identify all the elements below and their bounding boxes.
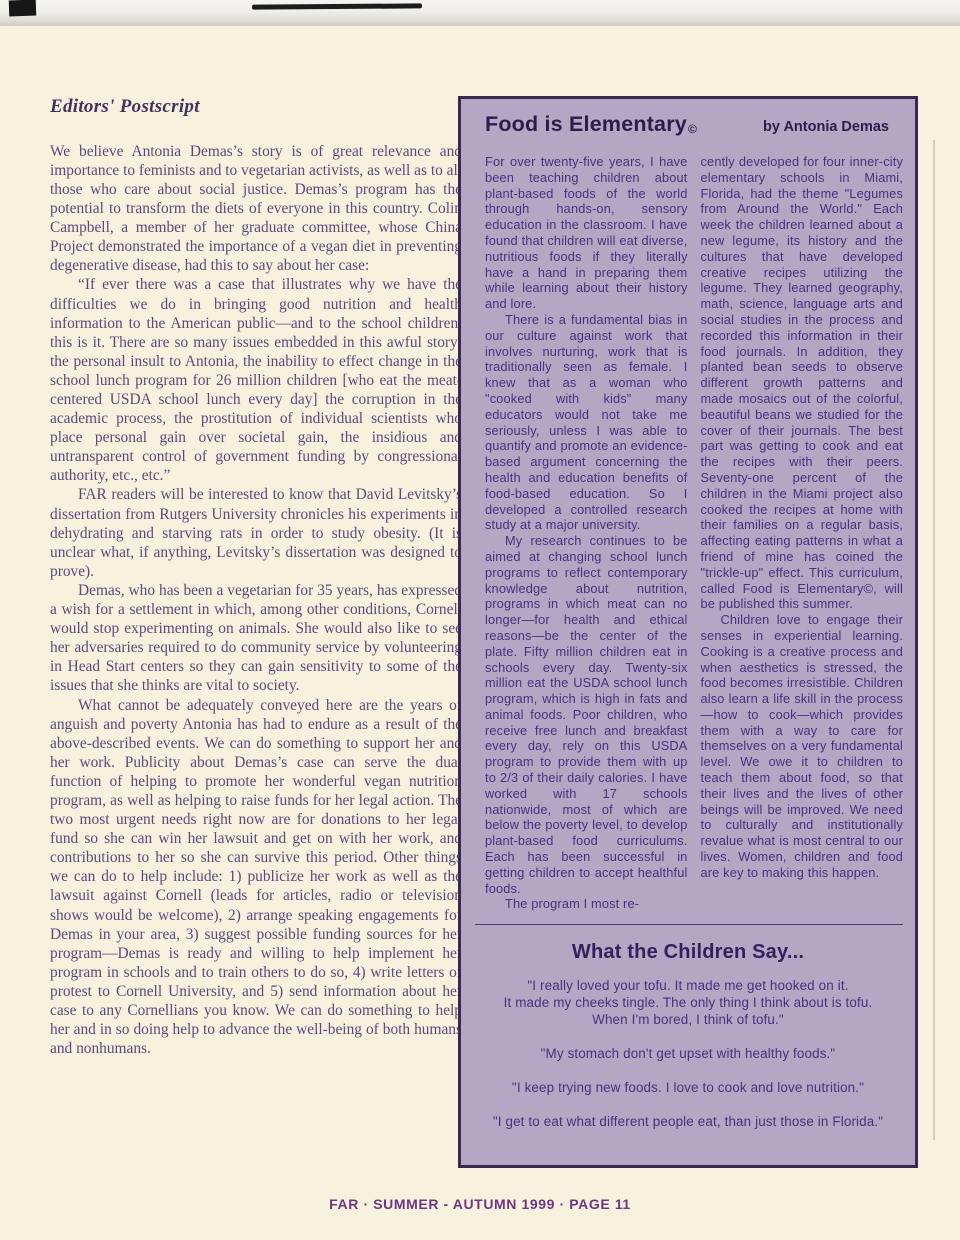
- page-footer: FAR · SUMMER - AUTUMN 1999 · PAGE 11: [0, 1196, 960, 1212]
- child-quote-4: "I get to eat what different people eat,…: [479, 1113, 897, 1130]
- article-column-2: cently developed for four inner-city ele…: [701, 154, 904, 912]
- scan-edge-top: [0, 0, 960, 26]
- postscript-paragraph: We believe Antonia Demas’s story is of g…: [50, 142, 462, 276]
- article-header: Food is Elementary© by Antonia Demas: [461, 99, 915, 137]
- quote-line: It made my cheeks tingle. The only thing…: [479, 994, 897, 1011]
- postscript-paragraph: Demas, who has been a vegetarian for 35 …: [50, 581, 462, 696]
- child-quote-2: "My stomach don't get upset with healthy…: [479, 1045, 897, 1062]
- children-say-section: What the Children Say... "I really loved…: [461, 925, 915, 1130]
- children-say-heading: What the Children Say...: [479, 941, 897, 964]
- postscript-paragraph: “If ever there was a case that illustrat…: [50, 275, 462, 485]
- editors-postscript-heading: Editors' Postscript: [50, 96, 462, 119]
- article-paragraph: Children love to engage their senses in …: [701, 612, 904, 881]
- article-paragraph: My research continues to be aimed at cha…: [485, 533, 688, 896]
- article-title: Food is Elementary©: [485, 112, 697, 137]
- editors-postscript-section: Editors' Postscript We believe Antonia D…: [50, 96, 462, 1058]
- magazine-page: Editors' Postscript We believe Antonia D…: [0, 0, 960, 1240]
- article-paragraph: cently developed for four inner-city ele…: [701, 154, 904, 612]
- quote-line: When I'm bored, I think of tofu.": [479, 1011, 897, 1028]
- scan-artifact-mark: [9, 0, 37, 16]
- article-column-1: For over twenty-five years, I have been …: [485, 154, 688, 912]
- child-quote-3: "I keep trying new foods. I love to cook…: [479, 1079, 897, 1096]
- article-paragraph: The program I most re-: [485, 896, 688, 912]
- quote-line: "I really loved your tofu. It made me ge…: [479, 977, 897, 994]
- article-paragraph: There is a fundamental bias in our cultu…: [485, 312, 688, 533]
- copyright-symbol: ©: [688, 122, 697, 136]
- child-quote-1: "I really loved your tofu. It made me ge…: [479, 977, 897, 1028]
- postscript-paragraph: FAR readers will be interested to know t…: [50, 485, 462, 580]
- article-paragraph: For over twenty-five years, I have been …: [485, 154, 688, 312]
- article-byline: by Antonia Demas: [763, 119, 889, 135]
- page-edge-shadow: [933, 140, 935, 1140]
- food-is-elementary-box: Food is Elementary© by Antonia Demas For…: [458, 96, 918, 1168]
- article-body: For over twenty-five years, I have been …: [461, 137, 915, 912]
- postscript-paragraph: What cannot be adequately conveyed here …: [50, 696, 462, 1059]
